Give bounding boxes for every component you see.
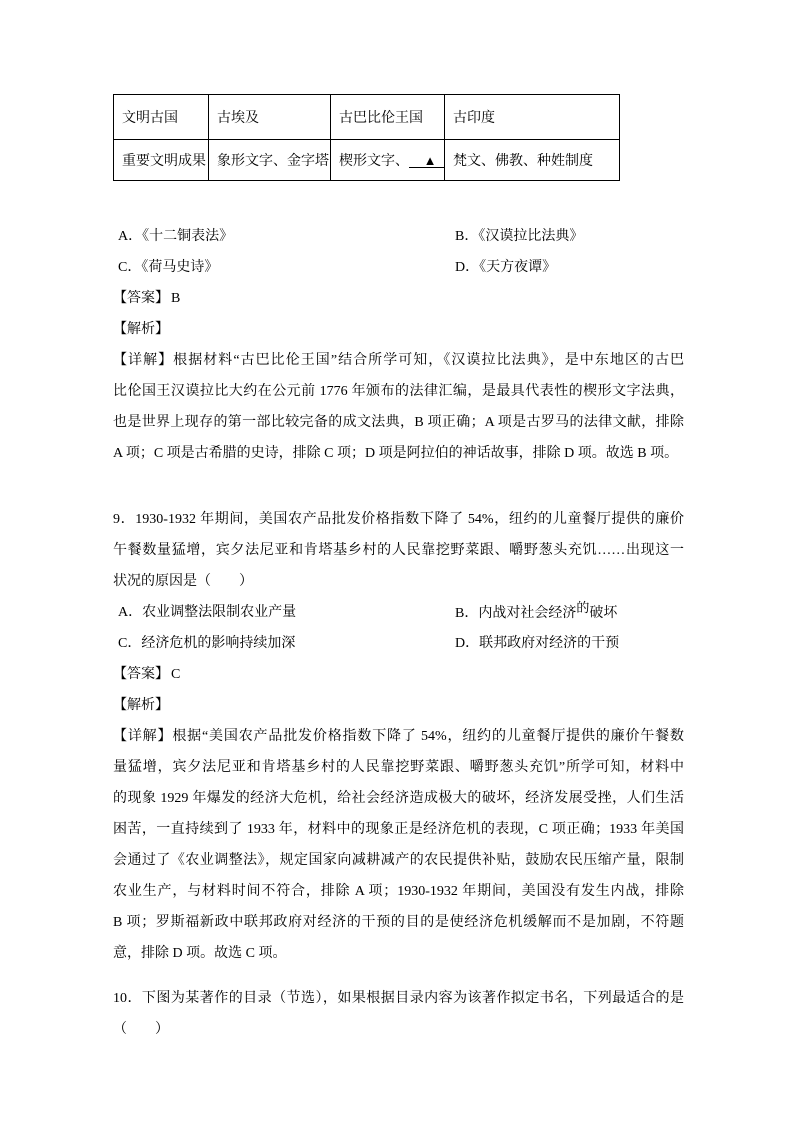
table-cell-civilization-header: 文明古国	[114, 95, 209, 140]
q9-option-a-text: 农业调整法限制农业产量	[142, 605, 296, 620]
q8-option-d-label: D．	[455, 260, 479, 275]
q8-options-row-1: A．《十二铜表法》 B．《汉谟拉比法典》	[113, 221, 684, 252]
q9-detail-line: 农业生产，与材料时间不符合，排除 A 项；1930-1932 年期间，美国没有发…	[113, 876, 684, 907]
q9-detail-line: 意，排除 D 项。故选 C 项。	[113, 938, 684, 969]
table-row-header: 文明古国 古埃及 古巴比伦王国 古印度	[114, 95, 620, 140]
q8-option-b-label: B．	[455, 229, 478, 244]
q9-detail-line: 【详解】根据“美国农产品批发价格指数下降了 54%，纽约的儿童餐厅提供的廉价午餐…	[113, 721, 684, 752]
table-row-achievements: 重要文明成果 象形文字、金字塔 楔形文字、▲ 梵文、佛教、种姓制度	[114, 140, 620, 181]
q9-detail-line: 的现象 1929 年爆发的经济大危机，给社会经济造成极大的破坏，经济发展受挫，人…	[113, 783, 684, 814]
q8-option-c: C．《荷马史诗》	[118, 252, 455, 283]
q9-option-d-label: D．	[455, 636, 479, 651]
q8-options-row-2: C．《荷马史诗》 D．《天方夜谭》	[113, 252, 684, 283]
q8-detail-line: 【详解】根据材料“古巴比伦王国”结合所学可知，《汉谟拉比法典》，是中东地区的古巴	[113, 345, 684, 376]
table-cell-egypt: 古埃及	[209, 95, 331, 140]
q9-options-row-2: C．经济危机的影响持续加深 D．联邦政府对经济的干预	[113, 628, 684, 659]
q9-option-a-label: A．	[118, 605, 142, 620]
q10-stem-line: 10．下图为某著作的目录（节选），如果根据目录内容为该著作拟定书名，下列最适合的…	[113, 983, 684, 1014]
q9-detail-line: 困苦，一直持续到了 1933 年，材料中的现象正是经济危机的表现，C 项正确；1…	[113, 814, 684, 845]
q10-stem-line: （ ）	[113, 1014, 684, 1045]
table-cell-egypt-achievements: 象形文字、金字塔	[209, 140, 331, 181]
document-page: 文明古国 古埃及 古巴比伦王国 古印度 重要文明成果 象形文字、金字塔 楔形文字…	[0, 0, 794, 1123]
q8-answer-label: 【答案】	[113, 291, 169, 306]
q9-option-b-label: B．	[455, 606, 478, 621]
q9-option-b: B．内战对社会经济的破坏	[455, 597, 684, 628]
q8-option-a-text: 《十二铜表法》	[142, 229, 233, 244]
table-cell-india-achievements: 梵文、佛教、种姓制度	[445, 140, 620, 181]
q8-detail-line: 也是世界上现存的第一部比较完备的成文法典，B 项正确；A 项是古罗马的法律文献，…	[113, 407, 684, 438]
q9-answer-line: 【答案】C	[113, 659, 684, 690]
table-cell-achievements-label: 重要文明成果	[114, 140, 209, 181]
q9-stem-line: 状况的原因是（ ）	[113, 566, 684, 597]
q9-analysis-label: 【解析】	[113, 690, 684, 721]
blank-triangle-marker: ▲	[409, 154, 445, 168]
q9-option-d-text: 联邦政府对经济的干预	[479, 636, 619, 651]
q8-answer-line: 【答案】B	[113, 283, 684, 314]
achievements-table: 文明古国 古埃及 古巴比伦王国 古印度 重要文明成果 象形文字、金字塔 楔形文字…	[113, 94, 620, 181]
q9-stem-line: 9．1930-1932 年期间，美国农产品批发价格指数下降了 54%，纽约的儿童…	[113, 504, 684, 535]
q8-option-d: D．《天方夜谭》	[455, 252, 684, 283]
q9-option-b-text-after: 破坏	[589, 606, 617, 621]
babylon-achievement-prefix: 楔形文字、	[339, 154, 409, 169]
q9-detail-line: B 项；罗斯福新政中联邦政府对经济的干预的目的是使经济危机缓解而不是加剧，不符题	[113, 907, 684, 938]
table-cell-babylon-achievements: 楔形文字、▲	[331, 140, 445, 181]
q9-option-a: A．农业调整法限制农业产量	[118, 597, 455, 628]
q9-option-c-label: C．	[118, 636, 141, 651]
q8-option-b-text: 《汉谟拉比法典》	[478, 229, 583, 244]
q8-option-c-label: C．	[118, 260, 141, 275]
table-cell-babylon: 古巴比伦王国	[331, 95, 445, 140]
q8-answer-value: B	[171, 291, 180, 306]
q9-detail-line: 会通过了《农业调整法》，规定国家向减耕减产的农民提供补贴，鼓励农民压缩产量，限制	[113, 845, 684, 876]
q9-detail-line: 量猛增，宾夕法尼亚和肯塔基乡村的人民靠挖野菜跟、嚼野葱头充饥”所学可知，材料中	[113, 752, 684, 783]
table-cell-india: 古印度	[445, 95, 620, 140]
q9-option-c: C．经济危机的影响持续加深	[118, 628, 455, 659]
q9-option-d: D．联邦政府对经济的干预	[455, 628, 684, 659]
q9-answer-value: C	[171, 667, 180, 682]
q10-stem: 10．下图为某著作的目录（节选），如果根据目录内容为该著作拟定书名，下列最适合的…	[113, 983, 684, 1045]
q8-option-a: A．《十二铜表法》	[118, 221, 455, 252]
q9-answer-label: 【答案】	[113, 667, 169, 682]
q8-detail-line: A 项；C 项是古希腊的史诗，排除 C 项；D 项是阿拉伯的神话故事，排除 D …	[113, 438, 684, 469]
q9-option-b-text-before: 内战对社会经济	[478, 606, 576, 621]
q8-option-d-text: 《天方夜谭》	[479, 260, 556, 275]
q9-option-b-superscript: 的	[576, 600, 589, 615]
q9-option-c-text: 经济危机的影响持续加深	[141, 636, 295, 651]
q8-analysis-label: 【解析】	[113, 314, 684, 345]
q9-options-row-1: A．农业调整法限制农业产量 B．内战对社会经济的破坏	[113, 597, 684, 628]
q8-detail-line: 比伦国王汉谟拉比大约在公元前 1776 年颁布的法律汇编，是最具代表性的楔形文字…	[113, 376, 684, 407]
q9-stem-line: 午餐数量猛增，宾夕法尼亚和肯塔基乡村的人民靠挖野菜跟、嚼野葱头充饥……出现这一	[113, 535, 684, 566]
q8-option-a-label: A．	[118, 229, 142, 244]
q9-stem: 9．1930-1932 年期间，美国农产品批发价格指数下降了 54%，纽约的儿童…	[113, 504, 684, 597]
q8-option-b: B．《汉谟拉比法典》	[455, 221, 684, 252]
q8-option-c-text: 《荷马史诗》	[141, 260, 218, 275]
